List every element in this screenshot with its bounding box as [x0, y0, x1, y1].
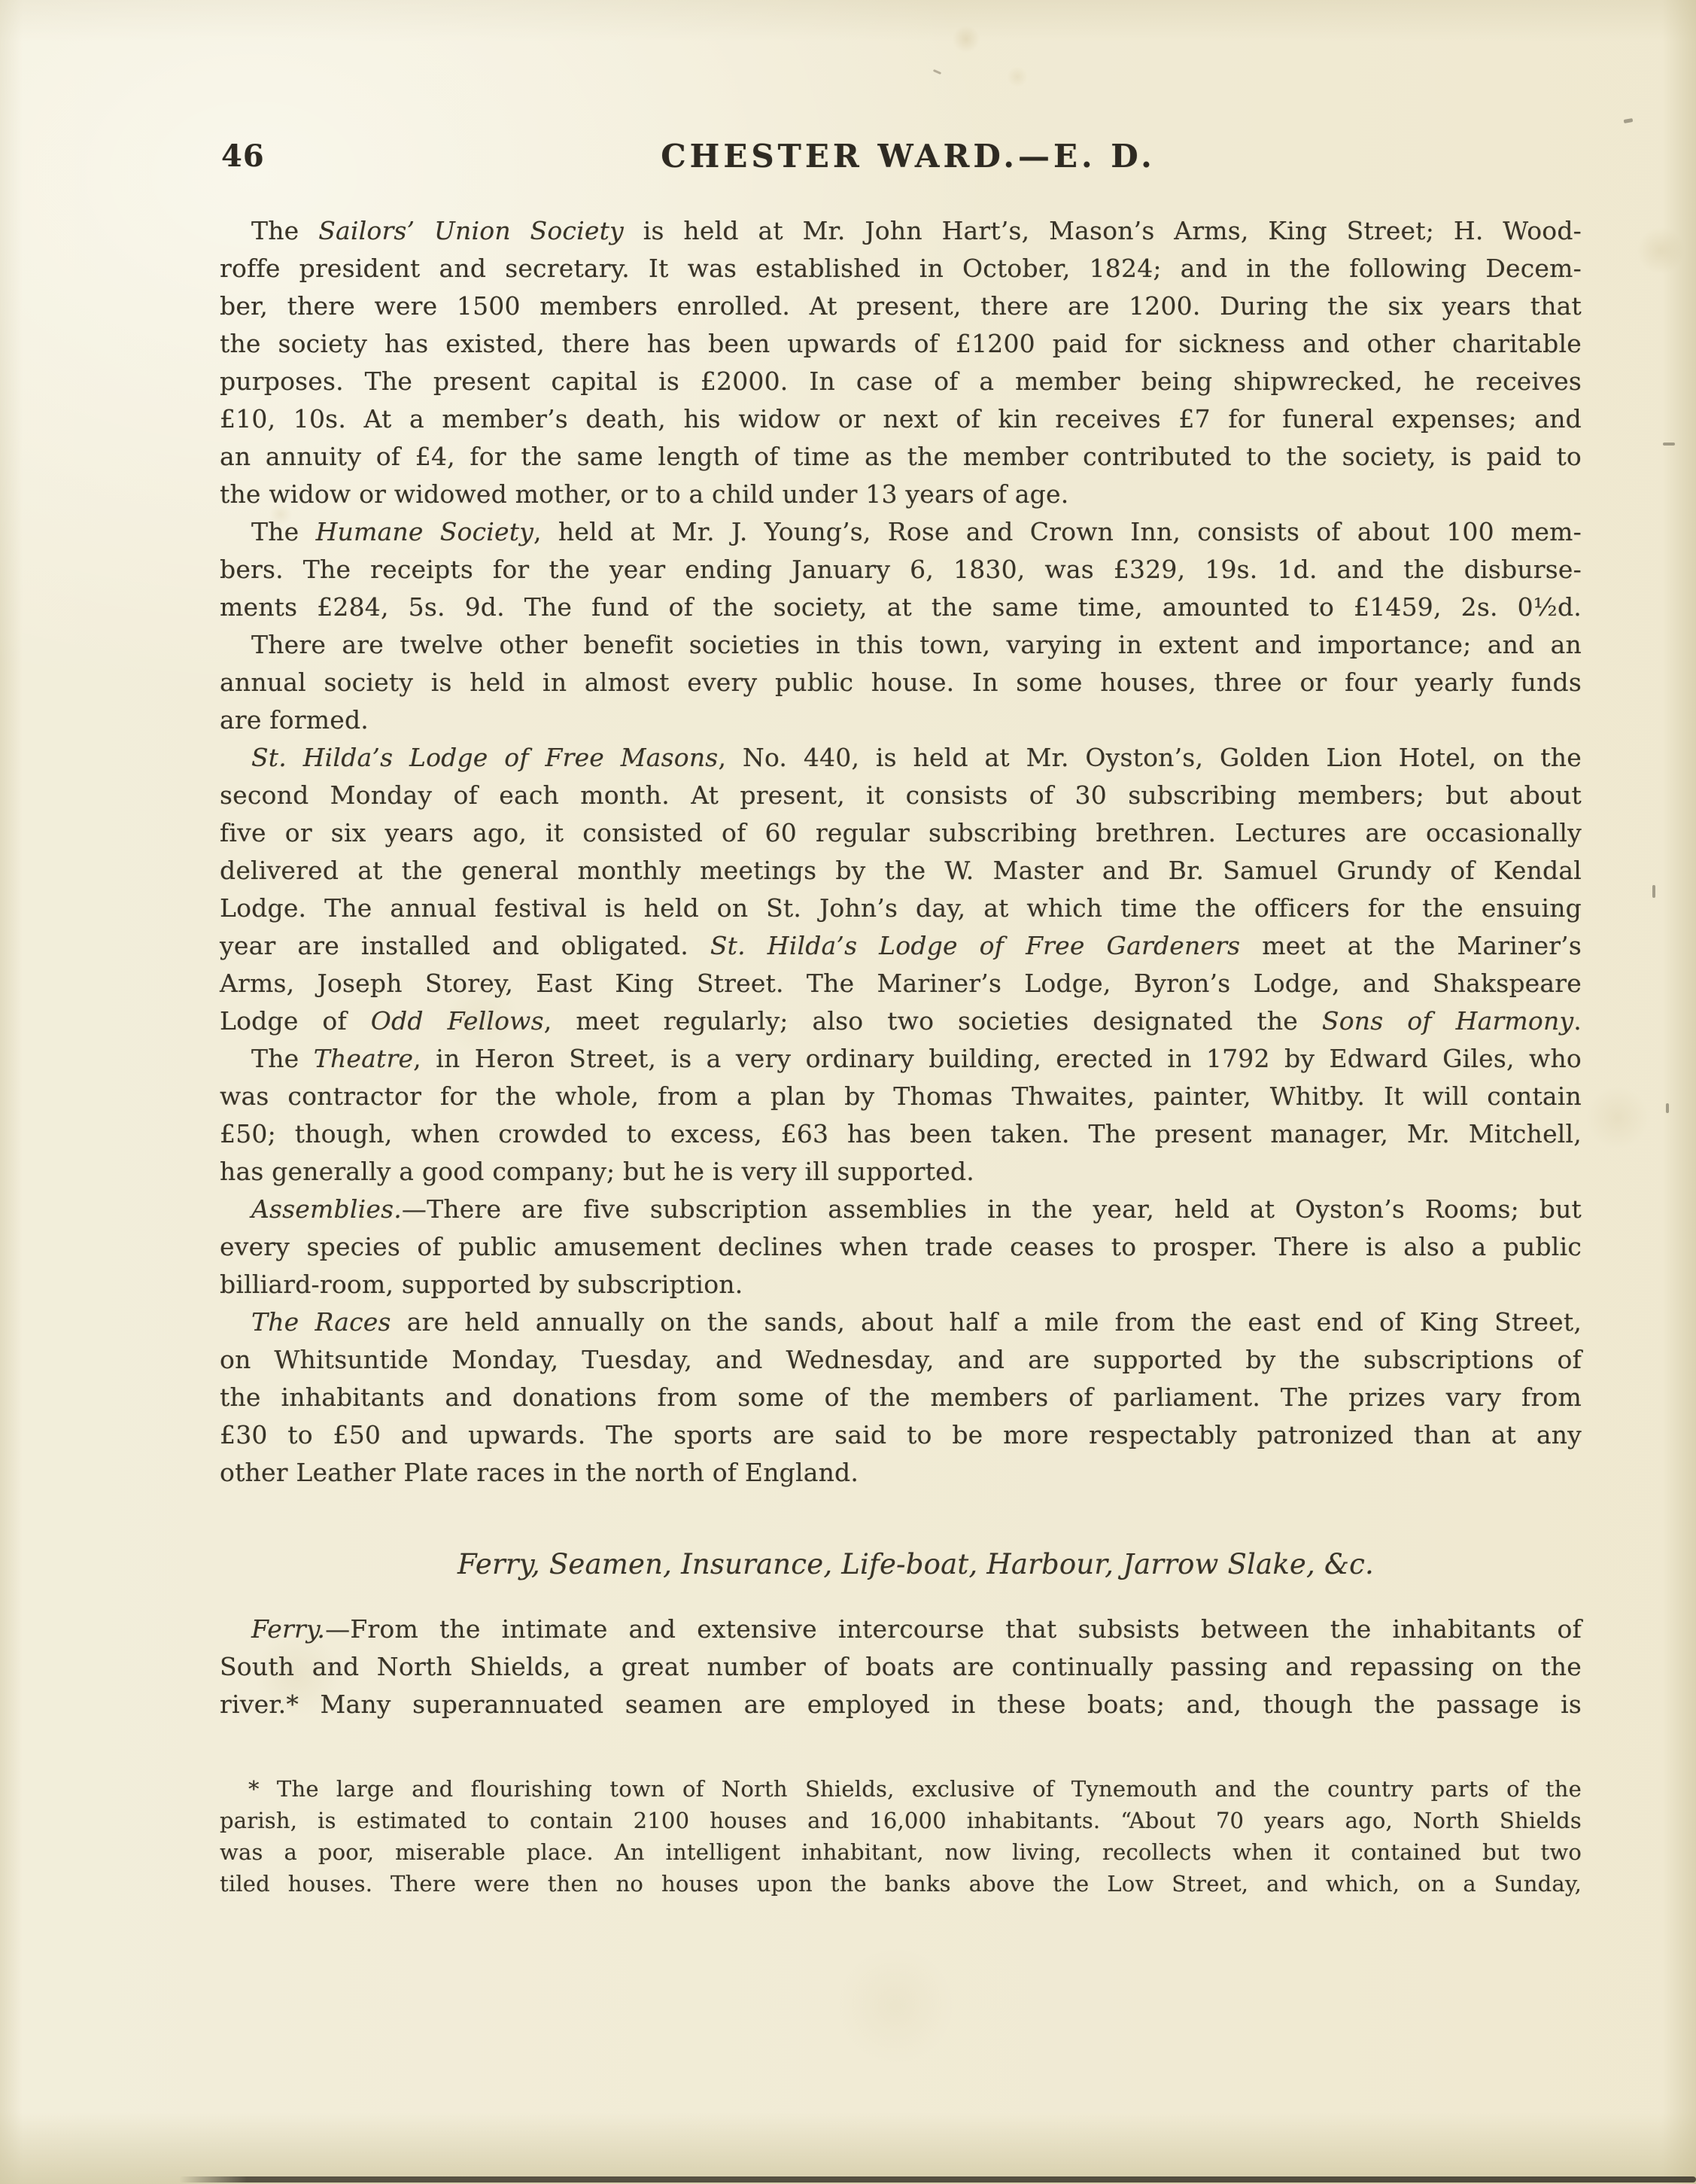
scan-artifact — [1624, 118, 1634, 123]
regular-text: —From the intimate and extensive interco… — [325, 1614, 1582, 1644]
text-line: second Monday of each month. At present,… — [220, 777, 1582, 814]
regular-text: is held at Mr. John Hart’s, Mason’s Arms… — [624, 216, 1582, 245]
text-line: annual society is held in almost every p… — [220, 664, 1582, 701]
regular-text: , No. 440, is held at Mr. Oyston’s, Gold… — [718, 743, 1582, 772]
regular-text: , meet regularly; also two societies des… — [544, 1006, 1322, 1036]
text-line: Arms, Joseph Storey, East King Street. T… — [220, 965, 1582, 1002]
running-header: CHESTER WARD.—E. D. — [0, 138, 1696, 175]
text-line: The Races are held annually on the sands… — [220, 1303, 1582, 1341]
text-line: tiled houses. There were then no houses … — [220, 1868, 1582, 1900]
text-line: The Theatre, in Heron Street, is a very … — [220, 1040, 1582, 1078]
footnote: * The large and flourishing town of Nort… — [220, 1773, 1582, 1900]
page-edge-shadow — [179, 2176, 1696, 2182]
text-line: the inhabitants and donations from some … — [220, 1379, 1582, 1416]
regular-text: The — [251, 517, 316, 546]
italic-text: Sailors’ Union Society — [318, 216, 624, 245]
text-line: billiard-room, supported by subscription… — [220, 1266, 1582, 1303]
regular-text: meet at the Mariner’s — [1240, 931, 1582, 960]
text-line: river.* Many superannuated seamen are em… — [220, 1686, 1582, 1723]
regular-text: year are installed and obligated. — [220, 931, 710, 960]
italic-text: St. Hilda’s Lodge of Free Masons — [251, 743, 718, 772]
paragraph: The Races are held annually on the sands… — [220, 1303, 1582, 1492]
paragraph: The Sailors’ Union Society is held at Mr… — [220, 212, 1582, 513]
text-line: other Leather Plate races in the north o… — [220, 1454, 1582, 1492]
paragraph: St. Hilda’s Lodge of Free Masons, No. 44… — [220, 739, 1582, 1040]
text-line: has generally a good company; but he is … — [220, 1153, 1582, 1191]
text-line: St. Hilda’s Lodge of Free Masons, No. 44… — [220, 739, 1582, 777]
italic-text: Theatre — [314, 1044, 413, 1073]
text-line: The Sailors’ Union Society is held at Mr… — [220, 212, 1582, 250]
text-block: The Sailors’ Union Society is held at Mr… — [220, 212, 1582, 1900]
regular-text: , in Heron Street, is a very ordinary bu… — [413, 1044, 1582, 1073]
regular-text: Lodge of — [220, 1006, 371, 1036]
italic-text: Odd Fellows — [371, 1006, 544, 1036]
italic-text: Humane Society — [316, 517, 533, 546]
text-line: the society has existed, there has been … — [220, 325, 1582, 363]
text-line: £30 to £50 and upwards. The sports are s… — [220, 1416, 1582, 1454]
paragraph: Ferry.—From the intimate and extensive i… — [220, 1611, 1582, 1723]
regular-text: . — [1573, 1006, 1582, 1036]
text-line: bers. The receipts for the year ending J… — [220, 551, 1582, 589]
italic-text: St. Hilda’s Lodge of Free Gardeners — [710, 931, 1240, 960]
text-line: the widow or widowed mother, or to a chi… — [220, 476, 1582, 513]
text-line: Ferry.—From the intimate and extensive i… — [220, 1611, 1582, 1648]
regular-text: , held at Mr. J. Young’s, Rose and Crown… — [533, 517, 1582, 546]
text-line: delivered at the general monthly meeting… — [220, 852, 1582, 890]
italic-text: Ferry. — [251, 1614, 325, 1644]
text-line: are formed. — [220, 701, 1582, 739]
italic-text: Assemblies. — [251, 1194, 402, 1224]
text-line: every species of public amusement declin… — [220, 1228, 1582, 1266]
text-line: £10, 10s. At a member’s death, his widow… — [220, 400, 1582, 438]
scan-artifact — [1652, 885, 1655, 898]
regular-text: The — [251, 216, 318, 245]
text-line: * The large and flourishing town of Nort… — [220, 1773, 1582, 1805]
text-line: Lodge of Odd Fellows, meet regularly; al… — [220, 1002, 1582, 1040]
text-line: South and North Shields, a great number … — [220, 1648, 1582, 1686]
text-line: five or six years ago, it consisted of 6… — [220, 814, 1582, 852]
text-line: parish, is estimated to contain 2100 hou… — [220, 1805, 1582, 1836]
main-paragraphs: The Sailors’ Union Society is held at Mr… — [220, 212, 1582, 1492]
text-line: ments £284, 5s. 9d. The fund of the soci… — [220, 589, 1582, 626]
scan-artifact — [933, 69, 941, 75]
section-heading: Ferry, Seamen, Insurance, Life-boat, Har… — [220, 1546, 1582, 1583]
paragraph: There are twelve other benefit societies… — [220, 626, 1582, 739]
regular-text: are held annually on the sands, about ha… — [391, 1307, 1582, 1337]
text-line: Lodge. The annual festival is held on St… — [220, 890, 1582, 927]
paragraph: The Humane Society, held at Mr. J. Young… — [220, 513, 1582, 626]
text-line: The Humane Society, held at Mr. J. Young… — [220, 513, 1582, 551]
scan-artifact — [1666, 1103, 1669, 1113]
paragraph: * The large and flourishing town of Nort… — [220, 1773, 1582, 1900]
text-line: There are twelve other benefit societies… — [220, 626, 1582, 664]
italic-text: The Races — [251, 1307, 391, 1337]
text-line: Assemblies.—There are five subscription … — [220, 1191, 1582, 1228]
text-line: was a poor, miserable place. An intellig… — [220, 1836, 1582, 1868]
regular-text: —There are five subscription assemblies … — [402, 1194, 1582, 1224]
italic-text: Sons of Harmony — [1322, 1006, 1573, 1036]
book-page: 46 CHESTER WARD.—E. D. The Sailors’ Unio… — [0, 0, 1696, 2184]
paragraph: The Theatre, in Heron Street, is a very … — [220, 1040, 1582, 1191]
text-line: an annuity of £4, for the same length of… — [220, 438, 1582, 476]
ferry-section-paragraphs: Ferry.—From the intimate and extensive i… — [220, 1611, 1582, 1723]
scan-artifact — [1663, 443, 1675, 446]
text-line: was contractor for the whole, from a pla… — [220, 1078, 1582, 1115]
text-line: roffe president and secretary. It was es… — [220, 250, 1582, 287]
paragraph: Assemblies.—There are five subscription … — [220, 1191, 1582, 1303]
text-line: on Whitsuntide Monday, Tuesday, and Wedn… — [220, 1341, 1582, 1379]
text-line: purposes. The present capital is £2000. … — [220, 363, 1582, 400]
text-line: £50; though, when crowded to excess, £63… — [220, 1115, 1582, 1153]
text-line: year are installed and obligated. St. Hi… — [220, 927, 1582, 965]
regular-text: The — [251, 1044, 314, 1073]
text-line: ber, there were 1500 members enrolled. A… — [220, 287, 1582, 325]
